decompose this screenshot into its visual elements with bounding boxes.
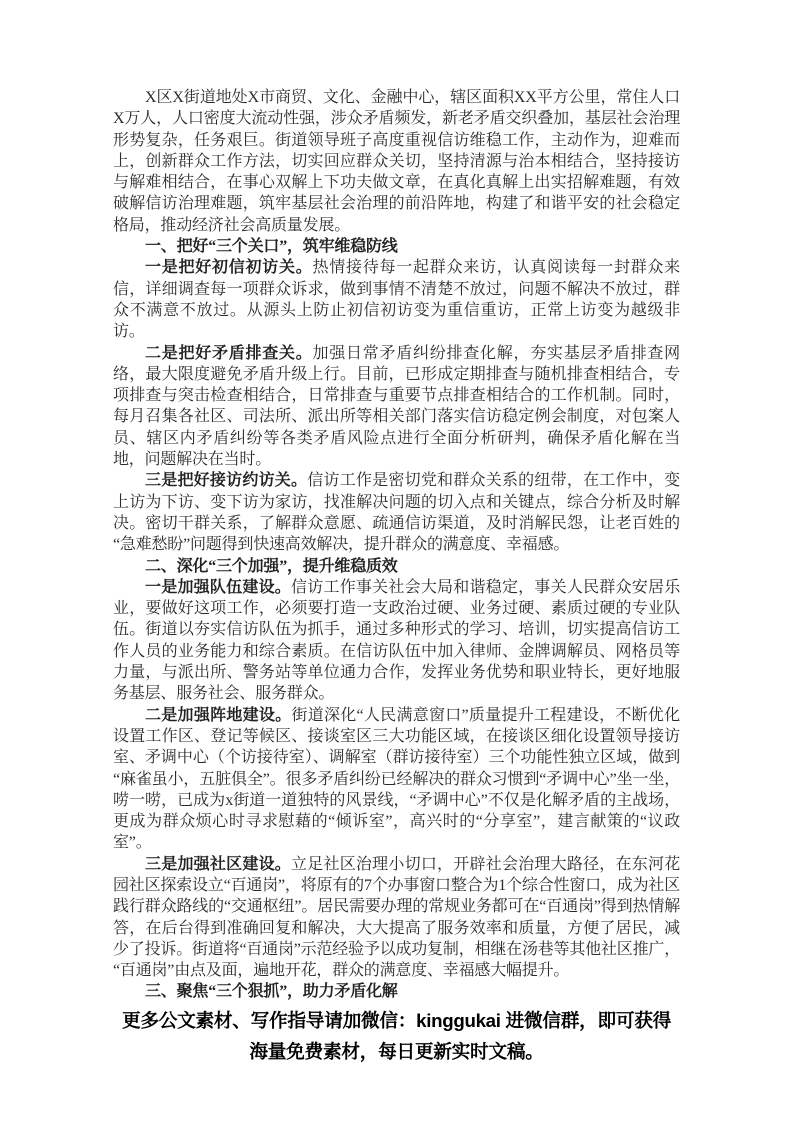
heading-text: 三、聚焦“三个狠抓”，助力矛盾化解 bbox=[145, 983, 398, 1000]
section-2-item-1: 一是加强队伍建设。信访工作事关社会大局和谐稳定，事关人民群众安居乐业，要做好这项… bbox=[113, 577, 680, 705]
heading-text: 二、深化“三个加强”，提升维稳质效 bbox=[145, 558, 398, 575]
paragraph-text: 街道深化“人民满意窗口”质量提升工程建设，不断优化设置工作区、登记等候区、接谈室… bbox=[113, 707, 680, 852]
section-1-item-3: 三是把好接访约访关。信访工作是密切党和群众关系的纽带，在工作中，变上访为下访、变… bbox=[113, 470, 680, 555]
promo-footer-text: 更多公文素材、写作指导请加微信：kinggukai 进微信群，即可获得海量免费素… bbox=[122, 1010, 671, 1062]
section-1-item-2: 二是把好矛盾排查关。加强日常矛盾纠纷排查化解，夯实基层矛盾排查网络，最大限度避免… bbox=[113, 343, 680, 471]
paragraph-text: 立足社区治理小切口，开辟社会治理大路径，在东河花园社区探索设立“百通岗”，将原有… bbox=[113, 856, 680, 979]
paragraph-text: 加强日常矛盾纠纷排查化解，夯实基层矛盾排查网络，最大限度避免矛盾升级上行。目前，… bbox=[113, 345, 680, 468]
heading-text: 一、把好“三个关口”，筑牢维稳防线 bbox=[145, 238, 398, 255]
section-1-item-1: 一是把好初信初访关。热情接待每一起群众来访，认真阅读每一封群众来信，详细调查每一… bbox=[113, 257, 680, 342]
section-2-heading: 二、深化“三个加强”，提升维稳质效 bbox=[113, 556, 680, 577]
paragraph-lead: 三是把好接访约访关。 bbox=[145, 472, 307, 489]
paragraph-lead: 三是加强社区建设。 bbox=[145, 856, 291, 873]
paragraph-lead: 一是加强队伍建设。 bbox=[145, 579, 291, 596]
section-2-item-2: 二是加强阵地建设。街道深化“人民满意窗口”质量提升工程建设，不断优化设置工作区、… bbox=[113, 705, 680, 854]
document-content: X区X街道地处X市商贸、文化、金融中心，辖区面积XX平方公里，常住人口X万人，人… bbox=[113, 87, 680, 1067]
paragraph-lead: 二是把好矛盾排查关。 bbox=[145, 345, 312, 362]
section-1-heading: 一、把好“三个关口”，筑牢维稳防线 bbox=[113, 236, 680, 257]
paragraph-text: 信访工作事关社会大局和谐稳定，事关人民群众安居乐业，要做好这项工作，必须要打造一… bbox=[113, 579, 680, 702]
paragraph-lead: 一是把好初信初访关。 bbox=[145, 259, 312, 276]
promo-footer: 更多公文素材、写作指导请加微信：kinggukai 进微信群，即可获得海量免费素… bbox=[113, 1005, 680, 1067]
section-3-heading: 三、聚焦“三个狠抓”，助力矛盾化解 bbox=[113, 981, 680, 1002]
intro-paragraph: X区X街道地处X市商贸、文化、金融中心，辖区面积XX平方公里，常住人口X万人，人… bbox=[113, 87, 680, 236]
document-page: X区X街道地处X市商贸、文化、金融中心，辖区面积XX平方公里，常住人口X万人，人… bbox=[0, 0, 793, 1122]
section-2-item-3: 三是加强社区建设。立足社区治理小切口，开辟社会治理大路径，在东河花园社区探索设立… bbox=[113, 854, 680, 982]
paragraph-text: X区X街道地处X市商贸、文化、金融中心，辖区面积XX平方公里，常住人口X万人，人… bbox=[113, 89, 680, 234]
paragraph-lead: 二是加强阵地建设。 bbox=[145, 707, 291, 724]
